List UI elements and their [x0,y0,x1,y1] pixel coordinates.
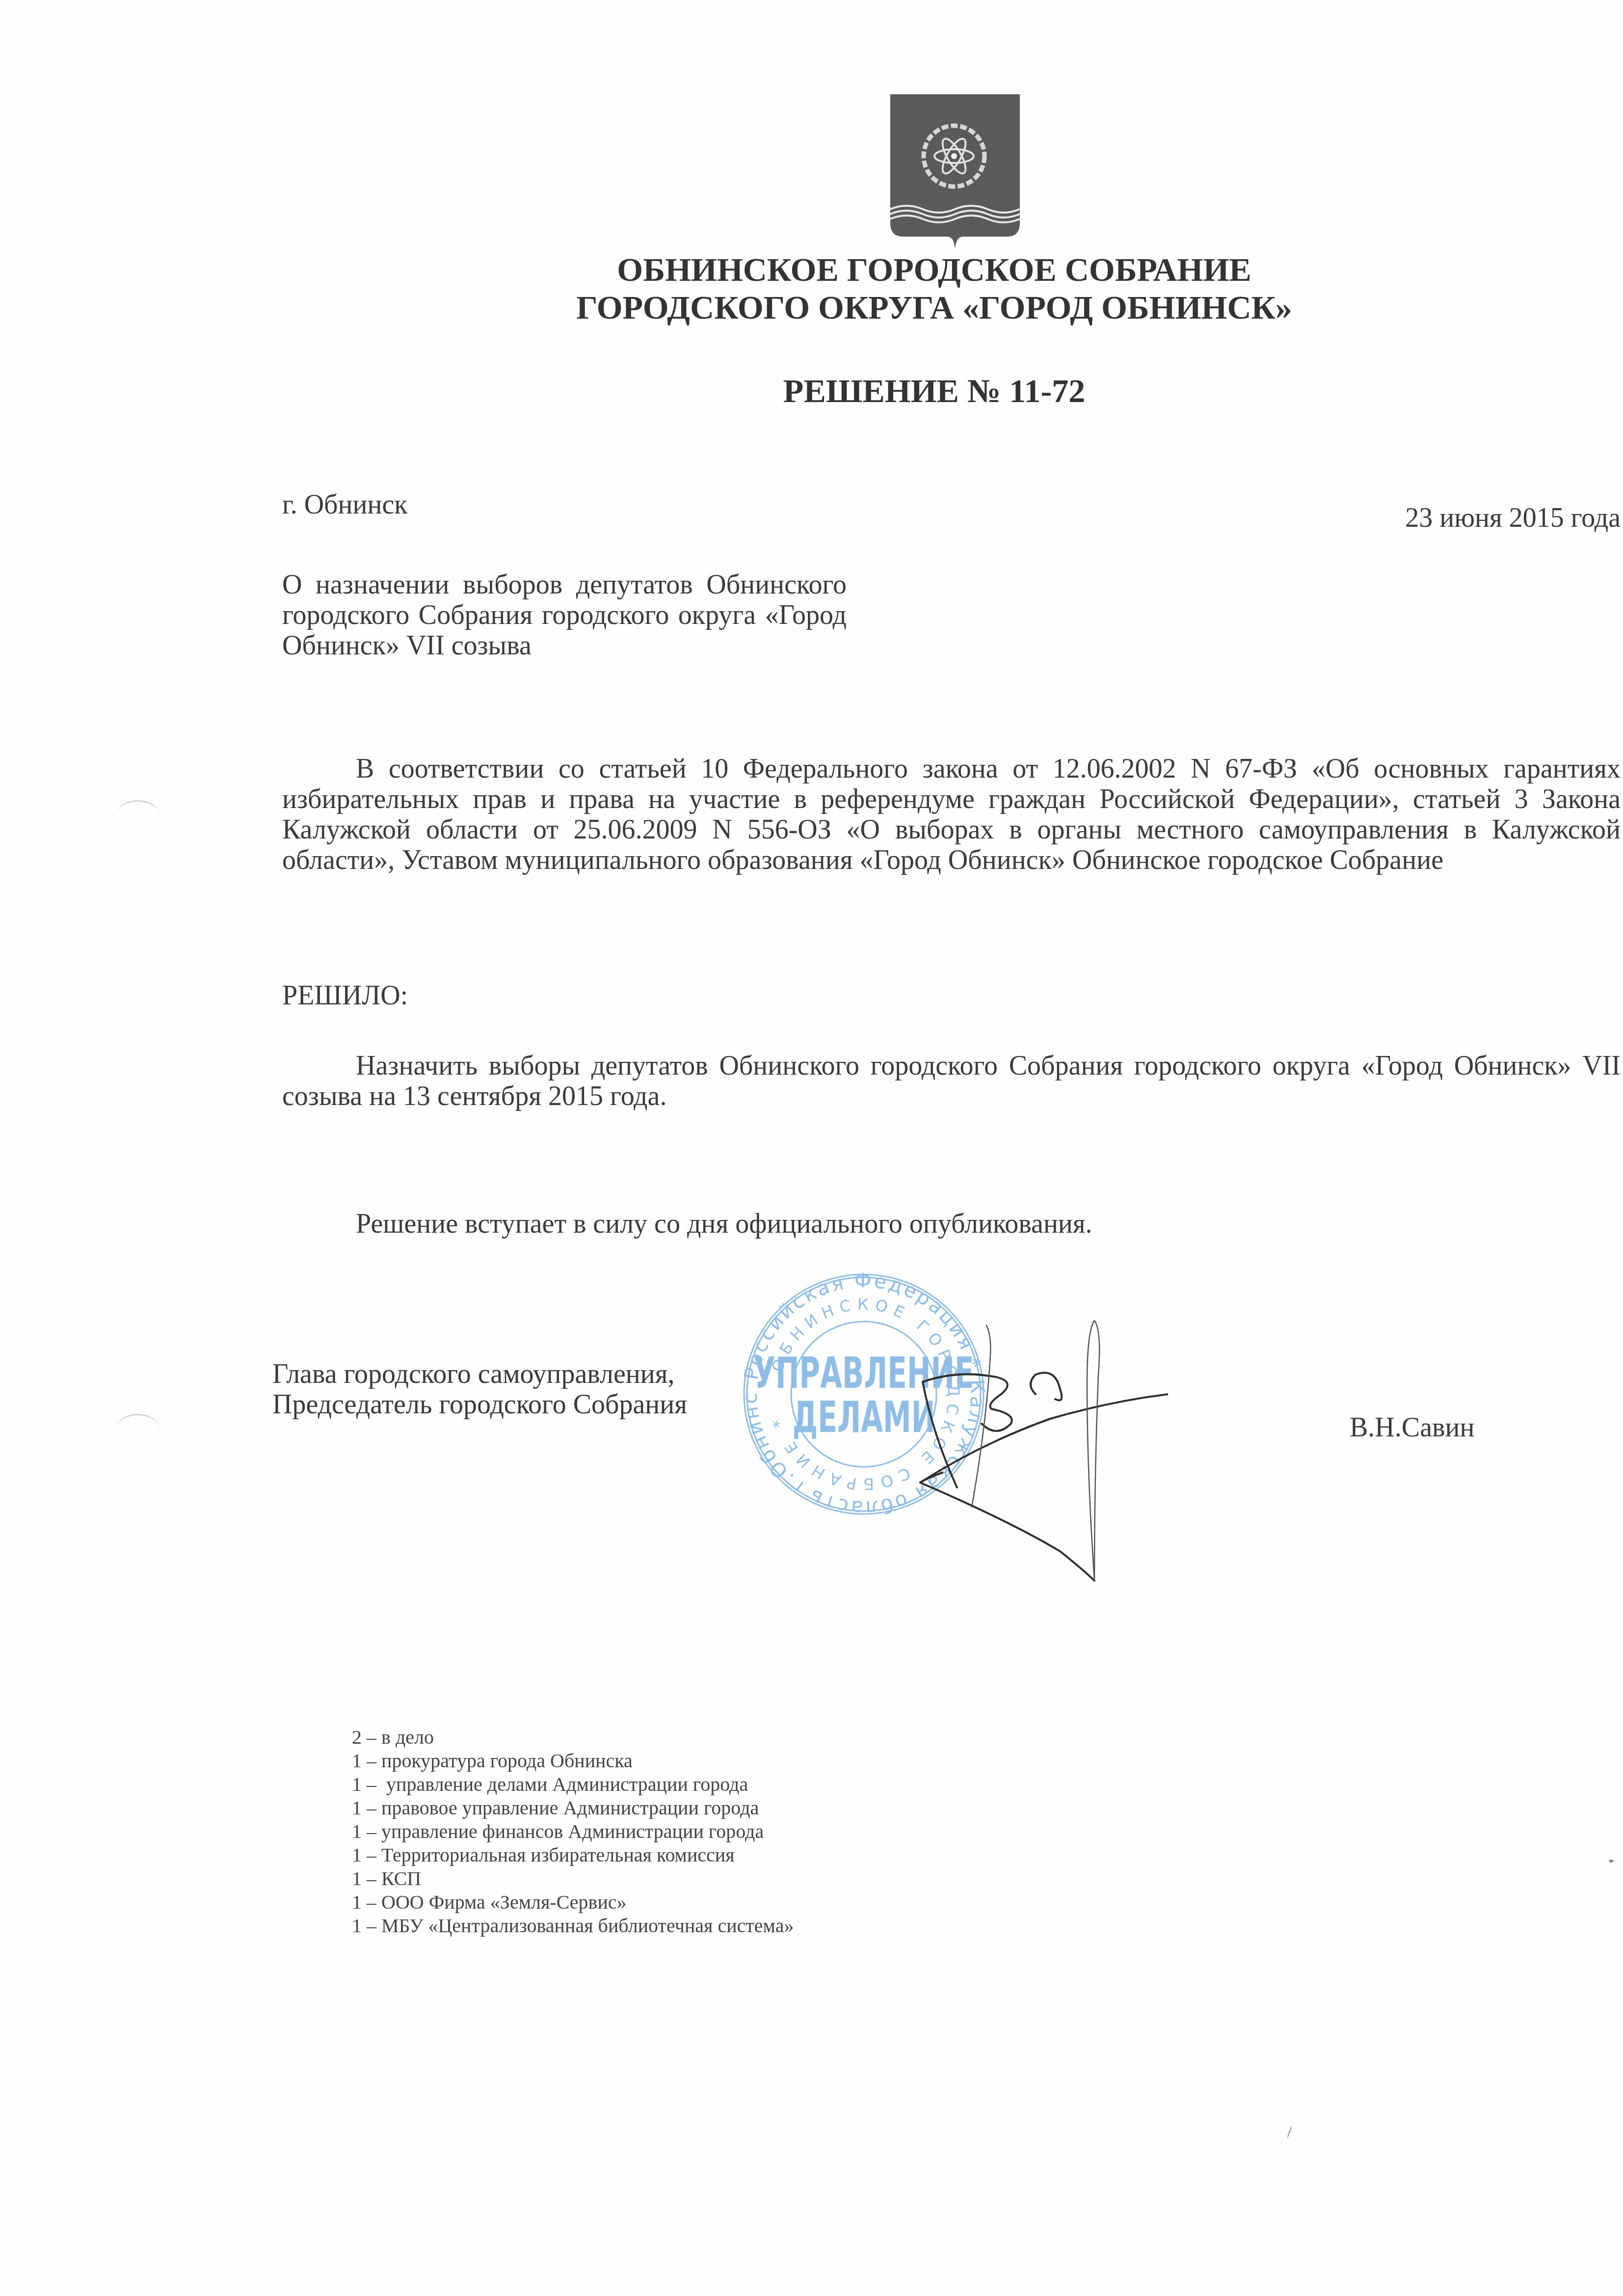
city-label: г. Обнинск [282,491,408,518]
resolved-label: РЕШИЛО: [282,982,408,1009]
document-subject: О назначении выборов депутатов Обнинског… [282,569,847,661]
scan-speck [1287,2126,1293,2138]
document-page: ОБНИНСКОЕ ГОРОДСКОЕ СОБРАНИЕ ГОРОДСКОГО … [0,0,1623,2296]
distribution-list: 2 – в дело 1 – прокуратура города Обнинс… [352,1726,794,1938]
document-date: 23 июня 2015 года [1405,504,1621,532]
distribution-item: 2 – в дело [352,1726,794,1749]
org-name-line-1: ОБНИНСКОЕ ГОРОДСКОЕ СОБРАНИЕ [123,253,1623,286]
distribution-item: 1 – правовое управление Администрации го… [352,1796,794,1820]
hole-punch-mark [116,1414,160,1445]
handwritten-signature [913,1276,1168,1595]
distribution-item: 1 – управление делами Администрации горо… [352,1773,794,1796]
distribution-item: 1 – управление финансов Администрации го… [352,1820,794,1843]
signatory-title: Глава городского самоуправления, Председ… [272,1359,687,1420]
scan-speck [1609,1860,1614,1863]
hole-punch-mark [116,800,160,831]
distribution-item: 1 – МБУ «Централизованная библиотечная с… [352,1914,794,1938]
signatory-name: В.Н.Савин [1350,1414,1474,1441]
resolution-paragraph: Назначить выборы депутатов Обнинского го… [282,1051,1621,1111]
effective-clause: Решение вступает в силу со дня официальн… [356,1210,1092,1238]
preamble-paragraph: В соответствии со статьей 10 Федеральног… [282,754,1621,875]
signatory-title-line-2: Председатель городского Собрания [272,1389,687,1420]
distribution-item: 1 – ООО Фирма «Земля-Сервис» [352,1891,794,1914]
distribution-item: 1 – КСП [352,1867,794,1891]
distribution-item: 1 – Территориальная избирательная комисс… [352,1843,794,1867]
signatory-title-line-1: Глава городского самоуправления, [272,1359,687,1389]
distribution-item: 1 – прокуратура города Обнинска [352,1749,794,1773]
decision-number: РЕШЕНИЕ № 11-72 [123,374,1623,407]
coat-of-arms-icon [889,93,1021,255]
org-name-line-2: ГОРОДСКОГО ОКРУГА «ГОРОД ОБНИНСК» [123,291,1623,324]
